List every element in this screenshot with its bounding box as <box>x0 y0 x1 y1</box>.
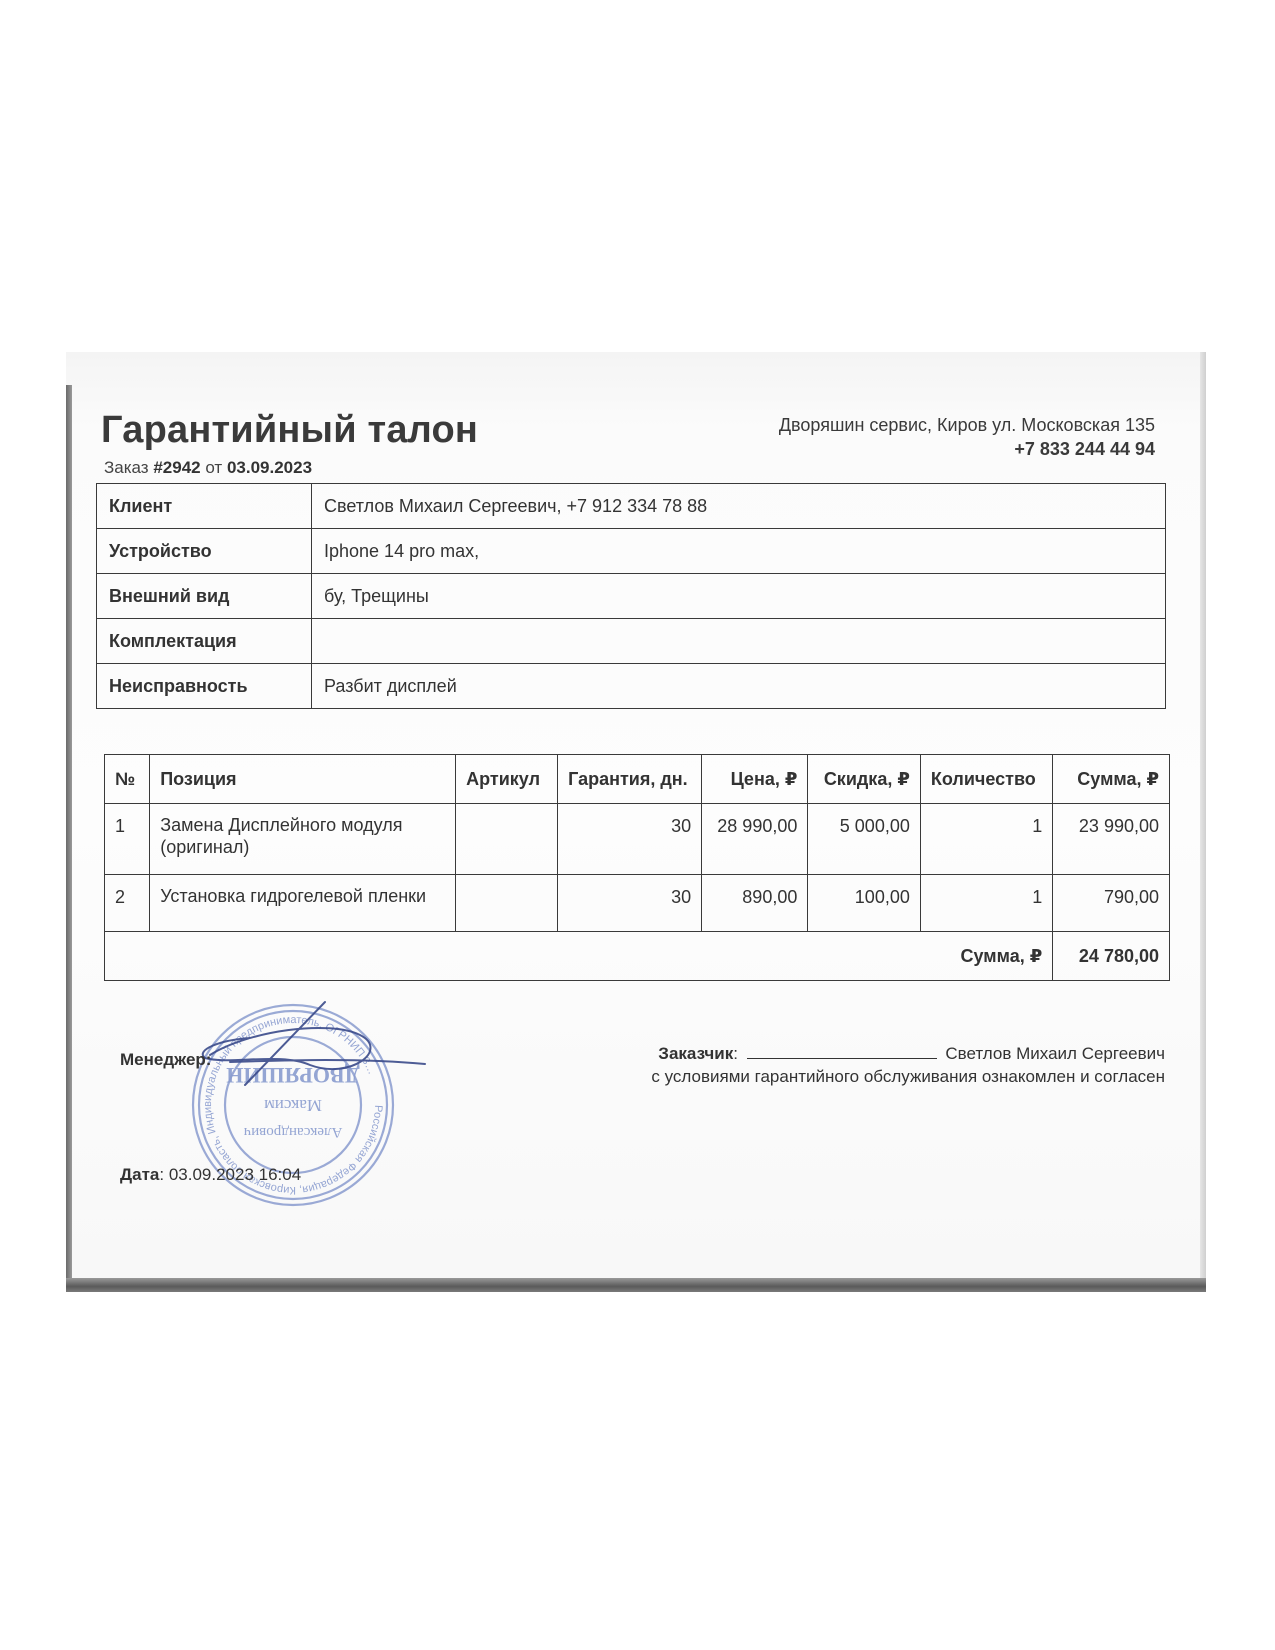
item-index: 1 <box>105 804 150 875</box>
header-article: Артикул <box>456 755 558 804</box>
info-value: Разбит дисплей <box>312 664 1166 709</box>
item-discount: 100,00 <box>808 875 921 932</box>
customer-block: Заказчик: Светлов Михаил Сергеевич с усл… <box>645 1042 1165 1088</box>
info-label: Клиент <box>97 484 312 529</box>
stamp-text: Александрович <box>243 1124 342 1140</box>
info-value: Iphone 14 pro max, <box>312 529 1166 574</box>
customer-name: Светлов Михаил Сергеевич <box>945 1044 1165 1063</box>
manager-signature <box>190 990 430 1100</box>
item-warranty: 30 <box>558 804 702 875</box>
table-row: 2Установка гидрогелевой пленки30890,0010… <box>105 875 1170 932</box>
total-label: Сумма, ₽ <box>105 932 1053 981</box>
manager-label-text: Менеджер <box>120 1050 206 1069</box>
item-quantity: 1 <box>920 875 1052 932</box>
item-article <box>456 804 558 875</box>
info-label: Внешний вид <box>97 574 312 619</box>
header-index: № <box>105 755 150 804</box>
paper-edge-right <box>1200 352 1206 1290</box>
total-row: Сумма, ₽ 24 780,00 <box>105 932 1170 981</box>
company-block: Дворяшин сервис, Киров ул. Московская 13… <box>779 413 1155 461</box>
info-row: УстройствоIphone 14 pro max, <box>97 529 1166 574</box>
info-row: КлиентСветлов Михаил Сергеевич, +7 912 3… <box>97 484 1166 529</box>
items-table: № Позиция Артикул Гарантия, дн. Цена, ₽ … <box>104 754 1170 981</box>
item-price: 890,00 <box>702 875 808 932</box>
manager-label: Менеджер: <box>120 1050 211 1070</box>
item-position: Замена Дисплейного модуля (оригинал) <box>150 804 456 875</box>
order-number: #2942 <box>153 458 200 477</box>
item-quantity: 1 <box>920 804 1052 875</box>
date-line: Дата: 03.09.2023 16:04 <box>120 1165 301 1185</box>
customer-signature-line <box>747 1044 937 1059</box>
info-label: Устройство <box>97 529 312 574</box>
header-price: Цена, ₽ <box>702 755 808 804</box>
header-position: Позиция <box>150 755 456 804</box>
date-value: 03.09.2023 16:04 <box>169 1165 301 1184</box>
table-row: 1Замена Дисплейного модуля (оригинал)302… <box>105 804 1170 875</box>
item-warranty: 30 <box>558 875 702 932</box>
order-date: 03.09.2023 <box>227 458 312 477</box>
order-prefix: Заказ <box>104 458 149 477</box>
info-row: НеисправностьРазбит дисплей <box>97 664 1166 709</box>
total-value: 24 780,00 <box>1053 932 1170 981</box>
header-discount: Скидка, ₽ <box>808 755 921 804</box>
item-price: 28 990,00 <box>702 804 808 875</box>
info-row: Внешний видбу, Трещины <box>97 574 1166 619</box>
item-discount: 5 000,00 <box>808 804 921 875</box>
info-row: Комплектация <box>97 619 1166 664</box>
agreement-text: с условиями гарантийного обслуживания оз… <box>645 1065 1165 1088</box>
header-warranty: Гарантия, дн. <box>558 755 702 804</box>
date-label: Дата <box>120 1165 159 1184</box>
info-label: Комплектация <box>97 619 312 664</box>
customer-label: Заказчик <box>658 1044 733 1063</box>
items-header-row: № Позиция Артикул Гарантия, дн. Цена, ₽ … <box>105 755 1170 804</box>
company-address: Дворяшин сервис, Киров ул. Московская 13… <box>779 413 1155 437</box>
paper-edge-shadow <box>66 385 72 1290</box>
info-label: Неисправность <box>97 664 312 709</box>
document-title: Гарантийный талон <box>101 409 478 452</box>
info-table: КлиентСветлов Михаил Сергеевич, +7 912 3… <box>96 483 1166 709</box>
info-value: Светлов Михаил Сергеевич, +7 912 334 78 … <box>312 484 1166 529</box>
company-phone: +7 833 244 44 94 <box>779 437 1155 461</box>
item-sum: 23 990,00 <box>1053 804 1170 875</box>
header-sum: Сумма, ₽ <box>1053 755 1170 804</box>
item-article <box>456 875 558 932</box>
header-quantity: Количество <box>920 755 1052 804</box>
order-date-prefix: от <box>205 458 222 477</box>
order-line: Заказ #2942 от 03.09.2023 <box>104 458 312 478</box>
info-value <box>312 619 1166 664</box>
item-index: 2 <box>105 875 150 932</box>
paper-bottom-shadow <box>66 1278 1206 1292</box>
item-position: Установка гидрогелевой пленки <box>150 875 456 932</box>
item-sum: 790,00 <box>1053 875 1170 932</box>
info-value: бу, Трещины <box>312 574 1166 619</box>
